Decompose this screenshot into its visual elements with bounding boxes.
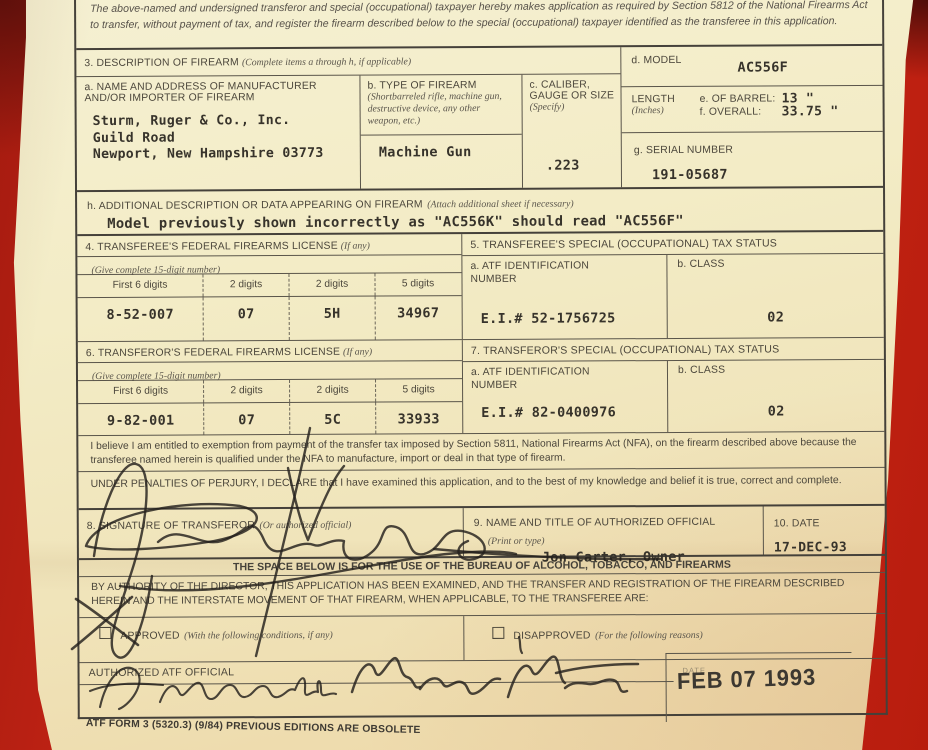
section-4-header-label: 4. TRANSFEREE'S FEDERAL FIREARMS LICENSE [85,241,338,253]
atf-id-value: E.I.# 82-0400976 [481,404,659,421]
section-3-description-of-firearm: 3. DESCRIPTION OF FIREARM (Complete item… [76,46,883,192]
manufacturer-name-address-cell: a. NAME AND ADDRESS OF MANUFACTURER AND/… [76,76,361,190]
authorized-atf-official-label: AUTHORIZED ATF OFFICIAL [89,666,235,679]
type-of-firearm-value-area: Machine Gun [361,135,522,189]
section-h-additional-description: h. ADDITIONAL DESCRIPTION OR DATA APPEAR… [77,188,883,236]
date-stamp-box: DATE FEB 07 1993 [665,652,851,722]
application-intro-paragraph: The above-named and undersigned transfer… [76,0,882,50]
approved-note: (With the following conditions, if any) [184,630,333,642]
caliber-value: .223 [546,157,616,173]
approved-label: APPROVED [120,631,179,642]
approved-checkbox [99,627,111,639]
model-label: d. MODEL [631,55,681,86]
section-6-transferor-ffl: 6. TRANSFEROR'S FEDERAL FIREARMS LICENSE… [78,340,463,435]
section-3-left-columns: 3. DESCRIPTION OF FIREARM (Complete item… [76,47,622,190]
disapproved-label: DISAPPROVED [513,630,590,641]
section-7-ab-row: a. ATF IDENTIFICATION NUMBER E.I.# 82-04… [463,360,884,433]
section-7-atf-id-cell: a. ATF IDENTIFICATION NUMBER E.I.# 82-04… [463,361,668,433]
atf-form-3: The above-named and undersigned transfer… [74,0,888,719]
overall-length-label: f. OVERALL: [700,106,782,119]
serial-number-value: 191-05687 [652,166,883,183]
caliber-cell: c. CALIBER, GAUGE OR SIZE (Specify) .223 [522,74,621,188]
ffl-value: 33933 [375,402,461,433]
section-9-name-title-official: 9. NAME AND TITLE OF AUTHORIZED OFFICIAL… [464,507,764,557]
section-10-date: 10. DATE 17-DEC-93 [764,506,885,555]
photo-of-atf-form-3: { "colors": { "background_red": "#c2231a… [0,0,928,750]
ffl-value: 8-52-007 [78,297,203,341]
name-title-label: 9. NAME AND TITLE OF AUTHORIZED OFFICIAL [474,517,716,529]
section-3-right-columns: d. MODEL AC556F LENGTH (Inches) e. OF BA… [621,46,883,187]
section-3-header-note: (Complete items a through h, if applicab… [242,56,411,68]
name-title-note: (Print or type) [488,536,545,548]
authorized-atf-official-row: AUTHORIZED ATF OFFICIAL DATE FEB 07 1993 [79,659,885,725]
sections-4-5-row: 4. TRANSFEREE'S FEDERAL FIREARMS LICENSE… [77,232,884,342]
section-4-header: 4. TRANSFEREE'S FEDERAL FIREARMS LICENSE… [77,234,461,257]
column-header: 2 digits [289,380,375,402]
ffl-value: 5C [289,403,375,434]
ffl-value: 07 [203,403,289,434]
type-of-firearm-labels: b. TYPE OF FIREARM (Shortbarreled rifle,… [360,75,521,136]
class-label: b. CLASS [677,258,873,270]
official-row-divider-line [80,681,674,685]
class-value: 02 [768,403,785,419]
barrel-length-label: e. OF BARREL: [700,93,782,106]
authority-statement: BY AUTHORITY OF THE DIRECTOR, THIS APPLI… [79,573,885,618]
section-6-column-headers: First 6 digits 2 digits 2 digits 5 digit… [78,379,462,404]
section-8-signature-of-transferor: 8. SIGNATURE OF TRANSFEROR (Or authorize… [79,508,464,558]
section-6-sub-note-row: (Give complete 15-digit number) [78,361,462,381]
received-date-stamp: FEB 07 1993 [677,664,817,695]
exemption-statement: I believe I am entitled to exemption fro… [78,432,884,472]
perjury-statement: UNDER PENALTIES OF PERJURY, I DECLARE th… [78,468,884,510]
caliber-label: c. CALIBER, GAUGE OR SIZE [529,79,615,101]
section-7-class-cell: b. CLASS 02 [668,360,884,432]
section-3-abc-row: a. NAME AND ADDRESS OF MANUFACTURER AND/… [76,74,621,190]
manufacturer-label: a. NAME AND ADDRESS OF MANUFACTURER AND/… [84,81,351,104]
section-4-header-note: (If any) [341,241,370,252]
section-5-class-cell: b. CLASS 02 [667,254,883,338]
disapproved-note: (For the following reasons) [595,630,703,642]
column-header: 2 digits [288,274,374,296]
class-label: b. CLASS [678,364,874,376]
section-5-transferee-tax-status: 5. TRANSFEREE'S SPECIAL (OCCUPATIONAL) T… [462,232,884,339]
model-cell: d. MODEL AC556F [621,46,882,87]
column-header: 2 digits [202,274,288,296]
length-note: (Inches) [632,105,700,117]
section-7-header: 7. TRANSFEROR'S SPECIAL (OCCUPATIONAL) T… [463,338,884,362]
length-values-block: e. OF BARREL: 13 " f. OVERALL: 33.75 " [700,93,839,132]
type-of-firearm-note: (Shortbarreled rifle, machine gun, destr… [368,91,515,127]
type-of-firearm-value: Machine Gun [379,144,472,160]
overall-length-line: f. OVERALL: 33.75 " [700,106,839,120]
type-of-firearm-label: b. TYPE OF FIREARM [367,80,514,92]
section-4-sub-note-row: (Give complete 15-digit number) [77,255,461,275]
overall-length-value: 33.75 " [782,104,839,119]
signature-of-transferor-label: 8. SIGNATURE OF TRANSFEROR [87,520,255,532]
section-6-header-note: (If any) [343,347,372,358]
section-6-values: 9-82-001 07 5C 33933 [78,402,462,435]
type-of-firearm-cell: b. TYPE OF FIREARM (Shortbarreled rifle,… [360,75,523,189]
section-5-header: 5. TRANSFEREE'S SPECIAL (OCCUPATIONAL) T… [462,232,883,256]
signature-of-transferor-note: (Or authorized official) [259,520,351,531]
class-value: 02 [767,309,784,325]
section-6-header: 6. TRANSFEROR'S FEDERAL FIREARMS LICENSE… [78,340,462,363]
length-cell: LENGTH (Inches) e. OF BARREL: 13 " f. OV… [621,86,882,133]
length-label: LENGTH [632,94,700,105]
serial-number-label: g. SERIAL NUMBER [634,145,733,157]
additional-description-value: Model previously shown incorrectly as "A… [107,212,873,232]
approved-cell: APPROVED (With the following conditions,… [79,616,464,662]
column-header: 5 digits [375,379,461,401]
caliber-note: (Specify) [530,101,616,113]
atf-id-label: a. ATF IDENTIFICATION NUMBER [470,259,620,286]
date-value: 17-DEC-93 [774,540,877,556]
section-3-header: 3. DESCRIPTION OF FIREARM (Complete item… [76,47,620,77]
column-header: 5 digits [374,273,460,295]
atf-id-label: a. ATF IDENTIFICATION NUMBER [471,365,621,392]
column-header: First 6 digits [78,380,203,403]
sections-6-7-row: 6. TRANSFEROR'S FEDERAL FIREARMS LICENSE… [78,338,884,436]
length-label-block: LENGTH (Inches) [632,94,700,132]
atf-id-value: E.I.# 52-1756725 [481,310,659,327]
ffl-value: 07 [203,297,289,340]
section-5-ab-row: a. ATF IDENTIFICATION NUMBER E.I.# 52-17… [462,254,883,339]
additional-description-label: h. ADDITIONAL DESCRIPTION OR DATA APPEAR… [87,199,423,212]
section-7-transferor-tax-status: 7. TRANSFEROR'S SPECIAL (OCCUPATIONAL) T… [463,338,884,433]
column-header: First 6 digits [77,274,202,297]
serial-number-cell: g. SERIAL NUMBER 191-05687 [622,132,883,187]
section-4-column-headers: First 6 digits 2 digits 2 digits 5 digit… [77,273,461,298]
manufacturer-value: Sturm, Ruger & Co., Inc. Guild Road Newp… [93,113,352,164]
column-header: 2 digits [203,380,289,402]
section-4-transferee-ffl: 4. TRANSFEREE'S FEDERAL FIREARMS LICENSE… [77,234,463,341]
section-3-header-label: 3. DESCRIPTION OF FIREARM [84,57,239,69]
ffl-value: 9-82-001 [78,403,203,435]
additional-description-note: (Attach additional sheet if necessary) [427,199,573,211]
date-label: 10. DATE [774,518,820,529]
section-4-values: 8-52-007 07 5H 34967 [78,296,462,341]
section-6-header-label: 6. TRANSFEROR'S FEDERAL FIREARMS LICENSE [86,347,340,359]
sections-8-9-10-row: 8. SIGNATURE OF TRANSFEROR (Or authorize… [79,506,885,560]
section-5-atf-id-cell: a. ATF IDENTIFICATION NUMBER E.I.# 52-17… [462,255,667,339]
model-value: AC556F [737,59,788,85]
disapproved-checkbox [492,627,504,639]
ffl-value: 5H [289,297,375,340]
ffl-value: 34967 [375,296,461,339]
